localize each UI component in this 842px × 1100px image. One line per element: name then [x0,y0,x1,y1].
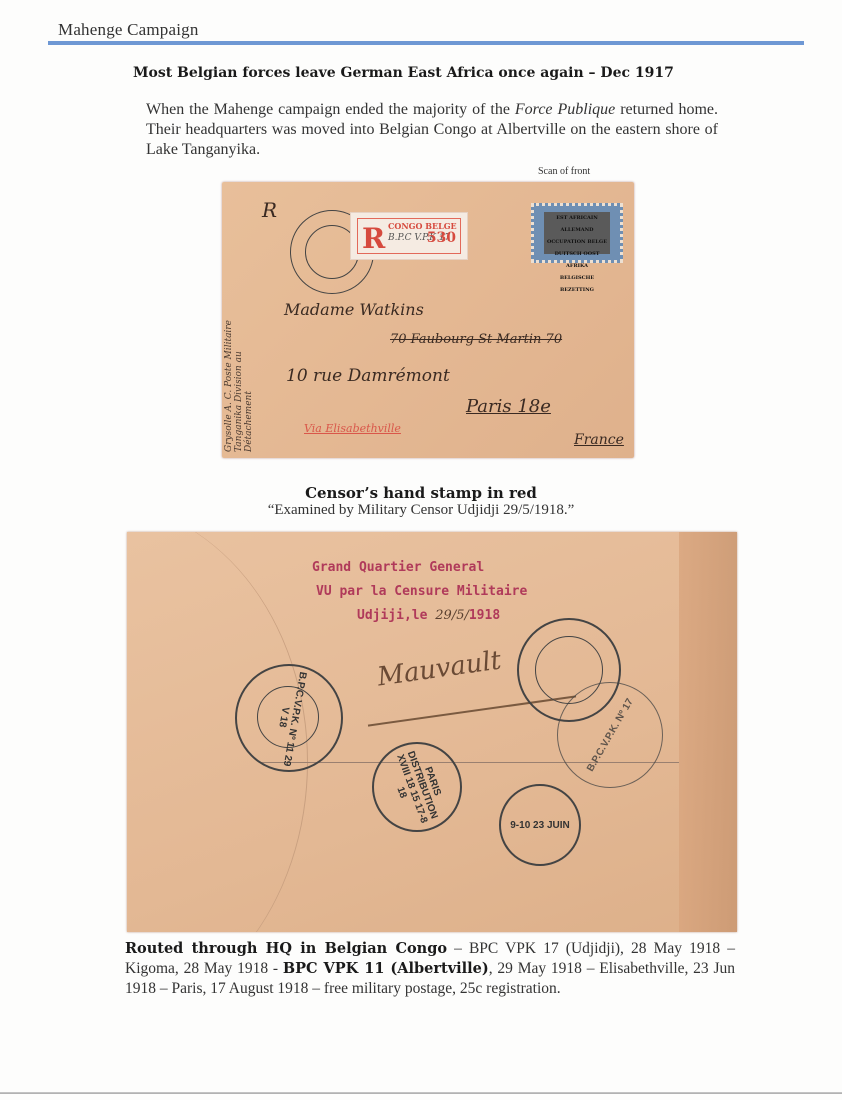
envelope-front-image: R R CONGO BELGE B.P.C V.P.K 17 530 EST A… [222,182,634,458]
censor-place: Udjiji,le [357,608,435,623]
routing-bold-2: BPC VPK 11 (Albertville) [283,960,489,977]
postmark-bpc-vpk-17: B.P.C.V.P.K. Nº 17 [557,682,663,788]
overprint-line: DUITSCH OOST AFRIKA [544,248,610,272]
address-struck: 70 Faubourg St Martin 70 [390,332,562,347]
postmark-elisabethville: 9-10 23 JUIN [499,784,581,866]
registration-number: 530 [427,230,456,246]
address-name: Madame Watkins [284,300,424,319]
routing-bold: Routed through HQ in Belgian Congo [125,940,447,957]
postmark-text: B.P.C.V.P.K. Nº 11 29 V 18 [229,658,349,778]
censor-year: 1918 [469,608,500,623]
censor-line-2: VU par la Censure Militaire [302,580,527,604]
stamp-overprint: EST AFRICAIN ALLEMAND OCCUPATION BELGE D… [544,212,610,254]
postmark-text: 9-10 23 JUIN [501,786,579,864]
postmark-text: PARIS DISTRIBUTION XVIII 18 15 17-8 18 [362,732,472,842]
envelope-side-flap [679,532,737,932]
header-rule [48,41,804,45]
overprint-line: EST AFRICAIN ALLEMAND [544,212,610,236]
section-title: Mahenge Campaign [58,20,199,40]
registration-label-frame: R CONGO BELGE B.P.C V.P.K 17 530 [357,218,461,254]
routing-paragraph: Routed through HQ in Belgian Congo – BPC… [125,939,735,999]
censor-date-hand: 29/5/ [435,608,469,623]
postage-stamp: EST AFRICAIN ALLEMAND OCCUPATION BELGE D… [531,203,623,263]
address-city: Paris 18e [466,396,551,417]
sender-address: Grysolle A. C. Poste Militaire Tanganika… [224,292,244,452]
registration-letter: R [362,222,385,255]
censor-line-1: Grand Quartier General [302,556,527,580]
overprint-line: OCCUPATION BELGE [544,236,610,248]
routing-note: Via Elisabethville [304,422,401,435]
scan-label: Scan of front [538,166,590,177]
page-footer-rule [0,1092,842,1094]
intro-text: When the Mahenge campaign ended the majo… [146,101,515,118]
censor-line-3: Udjiji,le 29/5/1918 [302,604,527,628]
address-country: France [574,432,624,448]
registration-mark: R [262,198,277,222]
overprint-line: BELGISCHE BEZETTING [544,272,610,296]
registration-label: R CONGO BELGE B.P.C V.P.K 17 530 [350,212,468,260]
address-street: 10 rue Damrémont [286,366,450,386]
intro-italic: Force Publique [515,101,615,118]
intro-paragraph: When the Mahenge campaign ended the majo… [146,100,718,160]
page-heading: Most Belgian forces leave German East Af… [133,65,674,81]
envelope-back-image: Grand Quartier General VU par la Censure… [127,532,737,932]
postmark-bpc-vpk-11: B.P.C.V.P.K. Nº 11 29 V 18 [235,664,343,772]
censor-signature: Mauvault [376,645,504,692]
censor-caption-subtitle: “Examined by Military Censor Udjidji 29/… [0,502,842,519]
postmark-paris-distribution: PARIS DISTRIBUTION XVIII 18 15 17-8 18 [372,742,462,832]
censor-handstamp: Grand Quartier General VU par la Censure… [302,556,527,628]
censor-caption-title: Censor’s hand stamp in red [0,484,842,502]
